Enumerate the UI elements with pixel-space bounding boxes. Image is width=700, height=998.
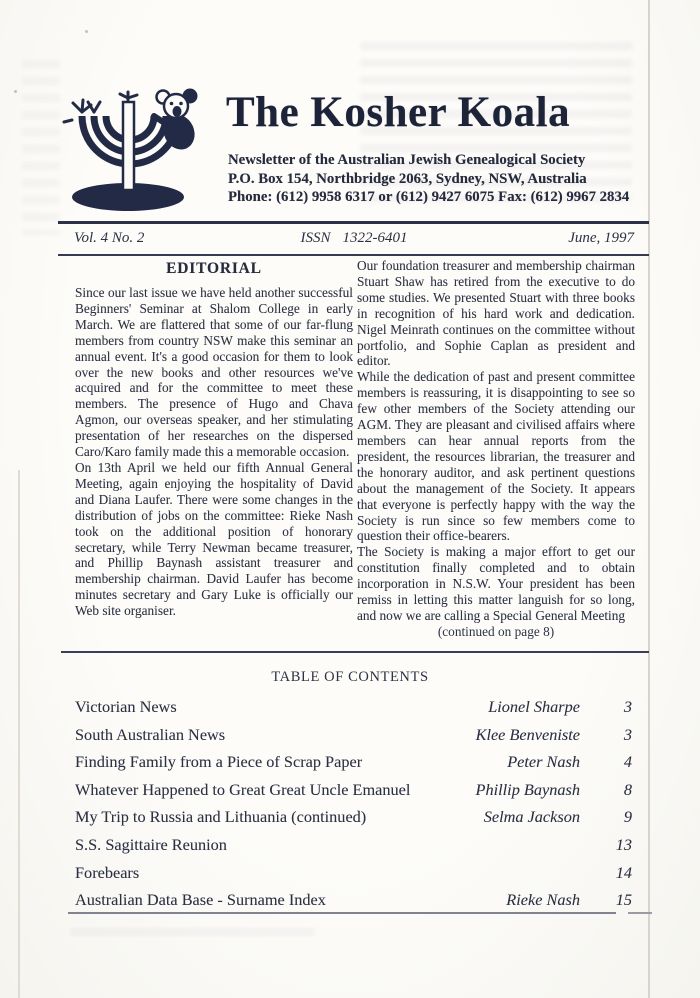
editorial-left-column: EDITORIAL Since our last issue we have h… — [75, 260, 353, 619]
issn-number: 1322-6401 — [343, 230, 408, 246]
toc-row: Whatever Happened to Great Great Uncle E… — [75, 780, 632, 808]
toc-row: S.S. Sagittaire Reunion 13 — [75, 835, 632, 863]
editorial-right-column: Our foundation treasurer and membership … — [357, 258, 635, 640]
toc-entry-page: 4 — [602, 752, 632, 772]
toc-row: Victorian News Lionel Sharpe 3 — [75, 697, 632, 725]
toc-entry-author: Peter Nash — [507, 752, 602, 772]
issn-label: ISSN — [301, 230, 331, 246]
editorial-paragraph: The Society is making a major effort to … — [357, 544, 635, 624]
society-address: P.O. Box 154, Northbridge 2063, Sydney, … — [228, 170, 648, 189]
volume-number: Vol. 4 No. 2 — [74, 230, 244, 247]
section-divider-rule — [61, 651, 649, 653]
editorial-paragraph: While the dedication of past and present… — [357, 369, 635, 544]
scan-page-edge-left — [18, 470, 20, 998]
toc-entry-page: 8 — [602, 780, 632, 800]
toc-entry-page: 13 — [602, 835, 632, 855]
newsletter-subtitle: Newsletter of the Australian Jewish Gene… — [228, 151, 648, 170]
issn: ISSN1322-6401 — [244, 230, 465, 247]
toc-entry-title: Forebears — [75, 863, 580, 883]
toc-row: My Trip to Russia and Lithuania (continu… — [75, 807, 632, 835]
toc-row: Forebears 14 — [75, 863, 632, 891]
editorial-paragraph: On 13th April we held our fifth Annual G… — [75, 460, 353, 619]
editorial-paragraph: Since our last issue we have held anothe… — [75, 285, 353, 460]
editorial-paragraph: Our foundation treasurer and membership … — [357, 258, 635, 369]
bleedthrough-ghost-bottom — [70, 928, 315, 942]
newsletter-scanned-page: The Kosher Koala Newsletter of the Austr… — [0, 0, 700, 998]
toc-entry-title: Whatever Happened to Great Great Uncle E… — [75, 780, 476, 800]
scan-speck — [14, 90, 17, 93]
toc-entry-page: 15 — [602, 890, 632, 910]
toc-entry-title: Finding Family from a Piece of Scrap Pap… — [75, 752, 507, 772]
continued-note: (continued on page 8) — [357, 624, 635, 640]
toc-entry-page: 9 — [602, 807, 632, 827]
toc-heading: TABLE OF CONTENTS — [0, 669, 700, 686]
bleedthrough-ghost-left-margin — [22, 60, 60, 235]
masthead-rule — [58, 221, 649, 224]
editorial-left-paragraphs: Since our last issue we have held anothe… — [75, 285, 353, 619]
issue-date: June, 1997 — [464, 230, 634, 247]
toc-entry-title: Victorian News — [75, 697, 488, 717]
editorial-heading: EDITORIAL — [75, 260, 353, 278]
toc-entry-author: Lionel Sharpe — [488, 697, 602, 717]
toc-row: Finding Family from a Piece of Scrap Pap… — [75, 752, 632, 780]
editorial-right-paragraphs: Our foundation treasurer and membership … — [357, 258, 635, 624]
issue-bar-rule — [58, 254, 649, 256]
toc-entry-author: Klee Benveniste — [476, 725, 602, 745]
society-phone-fax: Phone: (612) 9958 6317 or (612) 9427 607… — [228, 188, 648, 207]
koala-menorah-icon — [58, 84, 218, 219]
toc-entry-author: Selma Jackson — [484, 807, 602, 827]
toc-entry-page: 3 — [602, 725, 632, 745]
newsletter-title: The Kosher Koala — [226, 88, 650, 137]
issue-info-bar: Vol. 4 No. 2 ISSN1322-6401 June, 1997 — [74, 230, 634, 247]
toc-row: South Australian News Klee Benveniste 3 — [75, 725, 632, 753]
scan-speck — [85, 30, 88, 33]
society-logo — [58, 84, 218, 219]
toc-entry-title: My Trip to Russia and Lithuania (continu… — [75, 807, 484, 827]
toc-entry-title: Australian Data Base - Surname Index — [75, 890, 506, 910]
toc-bottom-rule-segment — [628, 912, 652, 914]
toc-entry-page: 14 — [602, 863, 632, 883]
toc-entry-page: 3 — [602, 697, 632, 717]
toc-entry-title: South Australian News — [75, 725, 476, 745]
scan-page-edge-right — [648, 0, 650, 998]
toc-entry-title: S.S. Sagittaire Reunion — [75, 835, 580, 855]
toc-list: Victorian News Lionel Sharpe 3 South Aus… — [75, 697, 632, 918]
toc-entry-author: Phillip Baynash — [476, 780, 602, 800]
toc-bottom-rule — [68, 912, 616, 914]
toc-entry-author: Rieke Nash — [506, 890, 602, 910]
